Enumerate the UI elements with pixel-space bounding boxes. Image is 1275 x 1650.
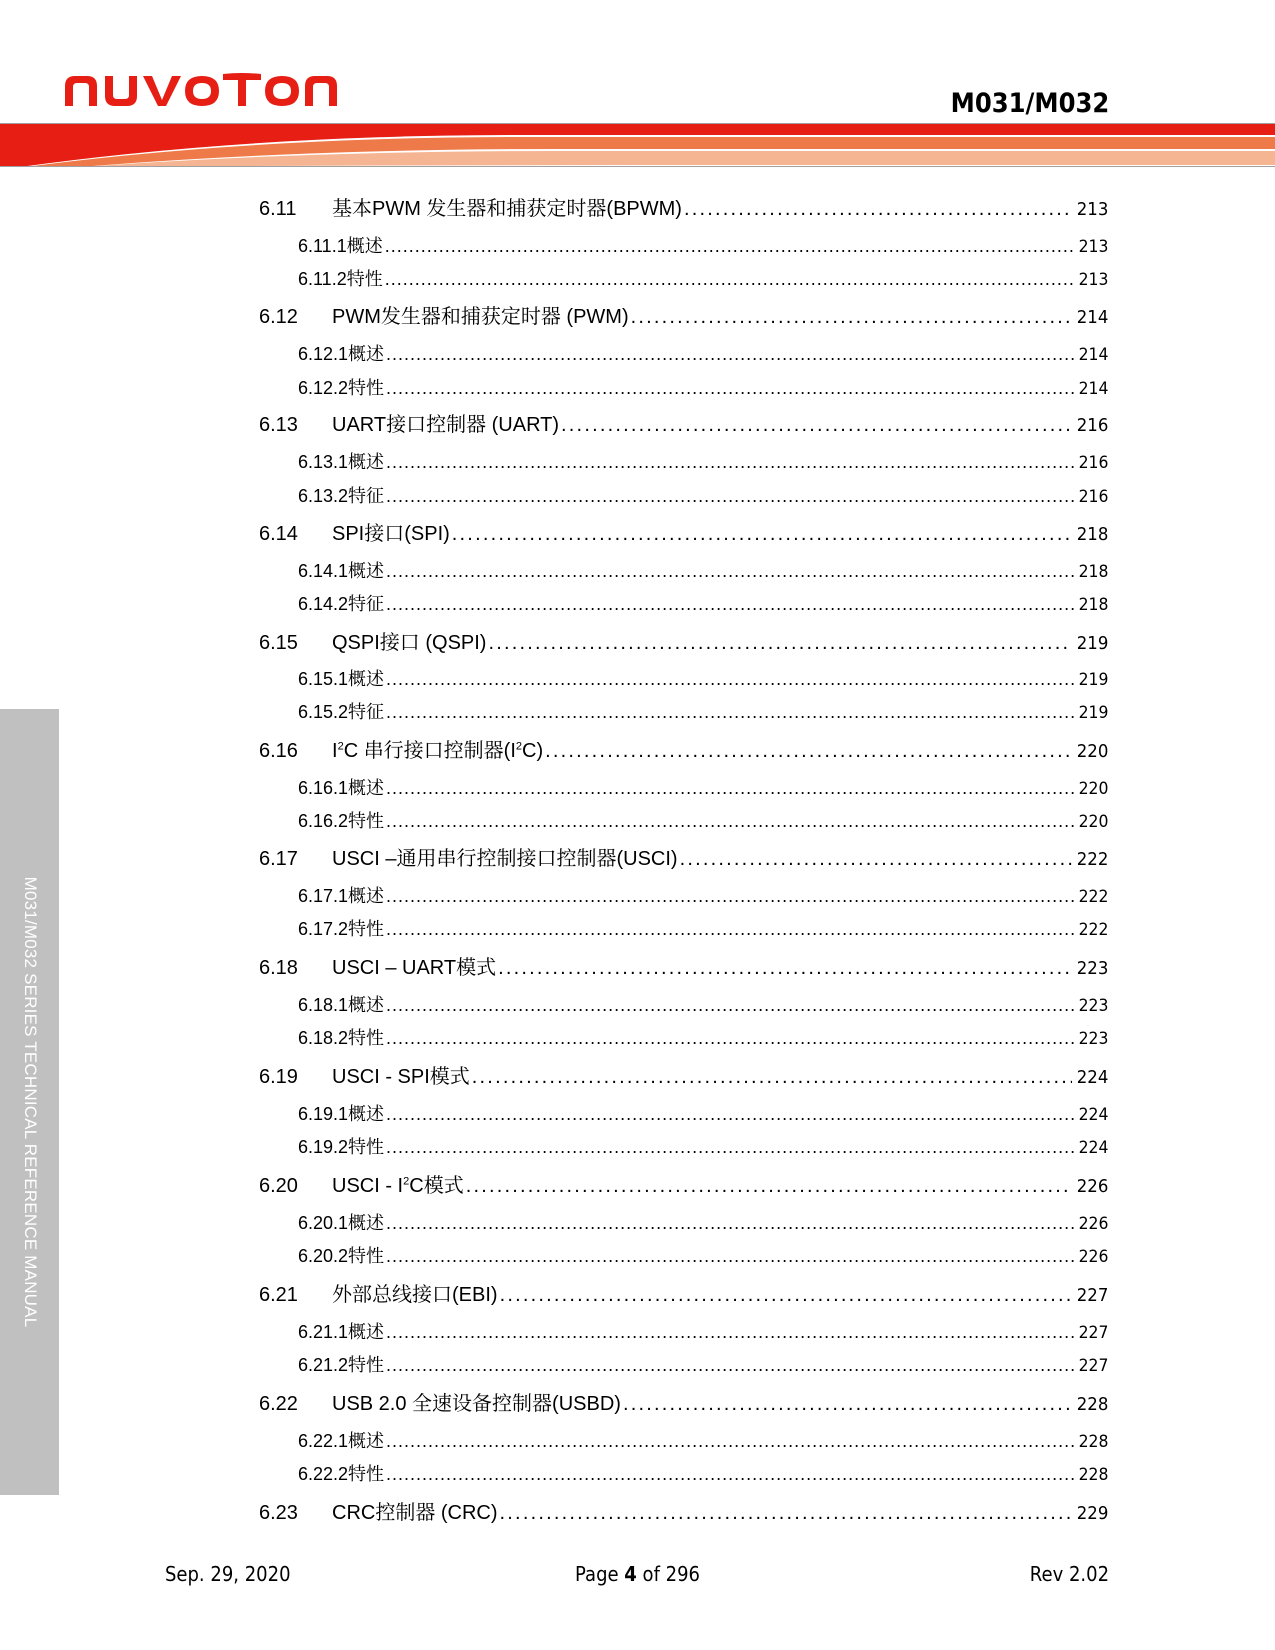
toc-section-number: 6.11 bbox=[259, 198, 332, 221]
toc-section-number: 6.14 bbox=[259, 523, 332, 546]
toc-entry[interactable]: 6.12.2特性214 bbox=[298, 374, 1108, 400]
toc-section-number: 6.14.2 bbox=[298, 594, 348, 615]
toc-page-number: 216 bbox=[1078, 487, 1108, 507]
toc-entry[interactable]: 6.13.2特征216 bbox=[298, 482, 1108, 508]
toc-section-number: 6.17.1 bbox=[298, 886, 348, 907]
title-fragment: C 串行接口控制器(I bbox=[344, 740, 516, 762]
toc-section-title: 概述 bbox=[348, 991, 384, 1017]
toc-section-number: 6.17.2 bbox=[298, 919, 348, 940]
toc-entry[interactable]: 6.22USB 2.0 全速设备控制器(USBD)228 bbox=[259, 1387, 1108, 1416]
toc-section-number: 6.17 bbox=[259, 848, 332, 871]
toc-section-number: 6.13.2 bbox=[298, 486, 348, 507]
toc-section-title: 概述 bbox=[348, 1209, 384, 1235]
toc-section-number: 6.20.2 bbox=[298, 1246, 348, 1267]
toc-page-number: 222 bbox=[1078, 887, 1108, 907]
toc-section-number: 6.15.1 bbox=[298, 669, 348, 690]
toc-section-title: 概述 bbox=[348, 448, 384, 474]
toc-page-number: 226 bbox=[1078, 1247, 1108, 1267]
toc-page-number: 227 bbox=[1076, 1285, 1108, 1306]
toc-entry[interactable]: 6.15.1概述219 bbox=[298, 665, 1108, 691]
toc-page-number: 229 bbox=[1076, 1503, 1108, 1524]
dot-leader bbox=[386, 1464, 1074, 1485]
toc-entry[interactable]: 6.18.2特性223 bbox=[298, 1024, 1108, 1050]
toc-page-number: 227 bbox=[1078, 1356, 1108, 1376]
toc-section-number: 6.19.2 bbox=[298, 1137, 348, 1158]
toc-page-number: 228 bbox=[1076, 1394, 1108, 1415]
dot-leader bbox=[386, 886, 1074, 907]
toc-page-number: 218 bbox=[1076, 524, 1108, 545]
toc-page-number: 218 bbox=[1078, 595, 1108, 615]
toc-entry[interactable]: 6.20.1概述226 bbox=[298, 1209, 1108, 1235]
toc-section-title: 特性 bbox=[348, 1351, 384, 1377]
dot-leader bbox=[500, 1502, 1072, 1525]
dot-leader bbox=[386, 1246, 1074, 1267]
toc-entry[interactable]: 6.17.1概述222 bbox=[298, 882, 1108, 908]
dot-leader bbox=[386, 344, 1074, 365]
dot-leader bbox=[545, 740, 1072, 763]
page-prefix: Page bbox=[575, 1562, 624, 1586]
toc-page-number: 219 bbox=[1078, 670, 1108, 690]
toc-section-number: 6.18.2 bbox=[298, 1028, 348, 1049]
toc-page-number: 223 bbox=[1078, 996, 1108, 1016]
dot-leader bbox=[386, 1137, 1074, 1158]
toc-section-title: 特性 bbox=[348, 1242, 384, 1268]
toc-section-number: 6.21 bbox=[259, 1284, 332, 1307]
toc-section-title: 特性 bbox=[347, 265, 383, 291]
toc-section-title: 概述 bbox=[348, 665, 384, 691]
toc-section-title: 特性 bbox=[348, 374, 384, 400]
toc-section-number: 6.16 bbox=[259, 740, 332, 763]
toc-entry[interactable]: 6.21外部总线接口(EBI)227 bbox=[259, 1278, 1108, 1307]
toc-section-title: QSPI接口 (QSPI) bbox=[332, 626, 486, 655]
toc-page-number: 224 bbox=[1078, 1138, 1108, 1158]
toc-section-number: 6.20 bbox=[259, 1175, 332, 1198]
toc-section-number: 6.18.1 bbox=[298, 995, 348, 1016]
toc-section-number: 6.22.1 bbox=[298, 1431, 348, 1452]
current-page: 4 bbox=[624, 1562, 637, 1586]
toc-entry[interactable]: 6.12.1概述214 bbox=[298, 340, 1108, 366]
toc-section-number: 6.16.2 bbox=[298, 811, 348, 832]
toc-page-number: 218 bbox=[1078, 562, 1108, 582]
side-tab-label: M031/M032 SERIES TECHNICAL REFERENCE MAN… bbox=[20, 877, 40, 1328]
dot-leader bbox=[386, 1431, 1074, 1452]
toc-page-number: 228 bbox=[1078, 1465, 1108, 1485]
toc-section-number: 6.21.1 bbox=[298, 1322, 348, 1343]
dot-leader bbox=[386, 594, 1074, 615]
dot-leader bbox=[500, 1284, 1072, 1307]
toc-section-number: 6.22 bbox=[259, 1393, 332, 1416]
toc-page-number: 226 bbox=[1076, 1176, 1108, 1197]
toc-entry[interactable]: 6.13.1概述216 bbox=[298, 448, 1108, 474]
dot-leader bbox=[386, 561, 1074, 582]
toc-section-number: 6.15 bbox=[259, 632, 332, 655]
toc-section-title: 概述 bbox=[348, 1318, 384, 1344]
toc-page-number: 226 bbox=[1078, 1214, 1108, 1234]
dot-leader bbox=[386, 811, 1074, 832]
toc-entry[interactable]: 6.11.1概述213 bbox=[298, 232, 1108, 258]
toc-page-number: 224 bbox=[1078, 1105, 1108, 1125]
dot-leader bbox=[452, 523, 1072, 546]
toc-entry[interactable]: 6.15QSPI接口 (QSPI)219 bbox=[259, 626, 1108, 655]
toc-page-number: 213 bbox=[1078, 237, 1108, 257]
dot-leader bbox=[386, 1355, 1074, 1376]
toc-section-title: 概述 bbox=[348, 557, 384, 583]
toc-section-number: 6.19 bbox=[259, 1066, 332, 1089]
toc-section-title: USCI - I2C模式 bbox=[332, 1169, 464, 1198]
toc-section-title: 特征 bbox=[348, 698, 384, 724]
dot-leader bbox=[498, 957, 1072, 980]
toc-section-title: 概述 bbox=[348, 1427, 384, 1453]
toc-page-number: 223 bbox=[1076, 958, 1108, 979]
title-fragment: C) bbox=[522, 740, 543, 762]
toc-section-title: 概述 bbox=[348, 1100, 384, 1126]
dot-leader bbox=[386, 778, 1074, 799]
dot-leader bbox=[386, 702, 1074, 723]
toc-entry[interactable]: 6.22.1概述228 bbox=[298, 1427, 1108, 1453]
toc-section-title: 概述 bbox=[348, 340, 384, 366]
toc-section-title: 概述 bbox=[348, 882, 384, 908]
toc-section-number: 6.21.2 bbox=[298, 1355, 348, 1376]
toc-entry[interactable]: 6.19.1概述224 bbox=[298, 1100, 1108, 1126]
toc-section-number: 6.11.1 bbox=[298, 236, 347, 257]
toc-page-number: 222 bbox=[1076, 849, 1108, 870]
toc-entry[interactable]: 6.20.2特性226 bbox=[298, 1242, 1108, 1268]
toc-section-number: 6.11.2 bbox=[298, 269, 347, 290]
dot-leader bbox=[386, 452, 1074, 473]
dot-leader bbox=[386, 995, 1074, 1016]
toc-section-title: 概述 bbox=[348, 774, 384, 800]
toc-section-number: 6.13.1 bbox=[298, 452, 348, 473]
toc-entry[interactable]: 6.16.2特性220 bbox=[298, 807, 1108, 833]
toc-page-number: 216 bbox=[1076, 415, 1108, 436]
toc-entry[interactable]: 6.11基本PWM 发生器和捕获定时器(BPWM)213 bbox=[259, 192, 1108, 221]
dot-leader bbox=[386, 1028, 1074, 1049]
dot-leader bbox=[386, 919, 1074, 940]
toc-page-number: 220 bbox=[1078, 779, 1108, 799]
toc-section-title: 特性 bbox=[348, 915, 384, 941]
toc-page-number: 219 bbox=[1078, 703, 1108, 723]
dot-leader bbox=[472, 1066, 1072, 1089]
toc-section-title: USCI - SPI模式 bbox=[332, 1060, 470, 1089]
toc-page-number: 223 bbox=[1078, 1029, 1108, 1049]
dot-leader bbox=[386, 378, 1074, 399]
toc-entry[interactable]: 6.16I2C 串行接口控制器(I2C)220 bbox=[259, 734, 1108, 763]
toc-entry[interactable]: 6.21.2特性227 bbox=[298, 1351, 1108, 1377]
toc-section-title: SPI接口(SPI) bbox=[332, 517, 450, 546]
toc-section-number: 6.23 bbox=[259, 1502, 332, 1525]
toc-page-number: 227 bbox=[1078, 1323, 1108, 1343]
dot-leader bbox=[684, 198, 1072, 221]
toc-page-number: 220 bbox=[1076, 741, 1108, 762]
toc-entry[interactable]: 6.21.1概述227 bbox=[298, 1318, 1108, 1344]
document-code: M031/M032 bbox=[950, 88, 1109, 119]
toc-section-number: 6.22.2 bbox=[298, 1464, 348, 1485]
toc-section-title: 基本PWM 发生器和捕获定时器(BPWM) bbox=[332, 192, 682, 221]
dot-leader bbox=[488, 632, 1071, 655]
toc-entry[interactable]: 6.15.2特征219 bbox=[298, 698, 1108, 724]
toc-section-number: 6.13 bbox=[259, 414, 332, 437]
side-tab: M031/M032 SERIES TECHNICAL REFERENCE MAN… bbox=[0, 709, 59, 1495]
toc-entry[interactable]: 6.18.1概述223 bbox=[298, 991, 1108, 1017]
toc-page-number: 214 bbox=[1076, 307, 1108, 328]
toc-page-number: 213 bbox=[1078, 270, 1108, 290]
dot-leader bbox=[623, 1393, 1072, 1416]
dot-leader bbox=[386, 1213, 1074, 1234]
toc-entry[interactable]: 6.12PWM发生器和捕获定时器 (PWM)214 bbox=[259, 300, 1108, 329]
toc-section-title: I2C 串行接口控制器(I2C) bbox=[332, 734, 543, 763]
toc-page-number: 228 bbox=[1078, 1432, 1108, 1452]
toc-section-title: 特性 bbox=[348, 1133, 384, 1159]
toc-section-number: 6.12.2 bbox=[298, 378, 348, 399]
toc-entry[interactable]: 6.14SPI接口(SPI)218 bbox=[259, 517, 1108, 546]
dot-leader bbox=[386, 486, 1074, 507]
footer-revision: Rev 2.02 bbox=[1030, 1562, 1109, 1586]
toc-page-number: 224 bbox=[1076, 1067, 1108, 1088]
toc-entry[interactable]: 6.16.1概述220 bbox=[298, 774, 1108, 800]
toc-section-number: 6.15.2 bbox=[298, 702, 348, 723]
toc-section-title: USB 2.0 全速设备控制器(USBD) bbox=[332, 1387, 621, 1416]
dot-leader bbox=[466, 1175, 1072, 1198]
toc-entry[interactable]: 6.20USCI - I2C模式226 bbox=[259, 1169, 1108, 1198]
toc-entry[interactable]: 6.14.2特征218 bbox=[298, 590, 1108, 616]
toc-section-number: 6.16.1 bbox=[298, 778, 348, 799]
toc-page-number: 220 bbox=[1078, 812, 1108, 832]
toc-entry[interactable]: 6.11.2特性213 bbox=[298, 265, 1108, 291]
toc-page-number: 214 bbox=[1078, 379, 1108, 399]
page-suffix: of 296 bbox=[637, 1562, 700, 1586]
toc-section-number: 6.19.1 bbox=[298, 1104, 348, 1125]
toc-section-number: 6.12 bbox=[259, 306, 332, 329]
toc-page-number: 214 bbox=[1078, 345, 1108, 365]
toc-section-title: USCI – UART模式 bbox=[332, 951, 496, 980]
toc-section-title: PWM发生器和捕获定时器 (PWM) bbox=[332, 300, 629, 329]
title-fragment: C模式 bbox=[409, 1175, 463, 1197]
dot-leader bbox=[386, 669, 1074, 690]
toc-section-number: 6.12.1 bbox=[298, 344, 348, 365]
dot-leader bbox=[631, 306, 1072, 329]
toc-section-title: 外部总线接口(EBI) bbox=[332, 1278, 498, 1307]
toc-section-title: UART接口控制器 (UART) bbox=[332, 408, 559, 437]
toc-section-title: 特性 bbox=[348, 1024, 384, 1050]
toc-entry[interactable]: 6.17.2特性222 bbox=[298, 915, 1108, 941]
toc-section-number: 6.14.1 bbox=[298, 561, 348, 582]
toc-section-title: 特性 bbox=[348, 1460, 384, 1486]
toc-entry[interactable]: 6.18USCI – UART模式223 bbox=[259, 951, 1108, 980]
dot-leader bbox=[385, 269, 1074, 290]
toc-entry[interactable]: 6.19USCI - SPI模式224 bbox=[259, 1060, 1108, 1089]
toc-section-title: 特征 bbox=[348, 590, 384, 616]
toc-section-title: CRC控制器 (CRC) bbox=[332, 1496, 498, 1525]
dot-leader bbox=[385, 236, 1074, 257]
toc-entry[interactable]: 6.13UART接口控制器 (UART)216 bbox=[259, 408, 1108, 437]
toc-page-number: 216 bbox=[1078, 453, 1108, 473]
toc-entry[interactable]: 6.22.2特性228 bbox=[298, 1460, 1108, 1486]
nuvoton-logo bbox=[65, 72, 360, 112]
toc-entry[interactable]: 6.17USCI –通用串行控制接口控制器(USCI)222 bbox=[259, 842, 1108, 871]
toc-page-number: 219 bbox=[1076, 633, 1108, 654]
dot-leader bbox=[386, 1104, 1074, 1125]
title-fragment: USCI - I bbox=[332, 1175, 403, 1197]
toc-section-title: USCI –通用串行控制接口控制器(USCI) bbox=[332, 842, 678, 871]
toc-entry[interactable]: 6.23CRC控制器 (CRC)229 bbox=[259, 1496, 1108, 1525]
toc-section-number: 6.20.1 bbox=[298, 1213, 348, 1234]
toc-section-title: 特性 bbox=[348, 807, 384, 833]
toc-entry[interactable]: 6.19.2特性224 bbox=[298, 1133, 1108, 1159]
toc-entry[interactable]: 6.14.1概述218 bbox=[298, 557, 1108, 583]
toc-page-number: 213 bbox=[1076, 199, 1108, 220]
dot-leader bbox=[561, 414, 1072, 437]
dot-leader bbox=[680, 848, 1072, 871]
header-banner bbox=[0, 123, 1275, 167]
toc-section-number: 6.18 bbox=[259, 957, 332, 980]
dot-leader bbox=[386, 1322, 1074, 1343]
toc-section-title: 概述 bbox=[347, 232, 383, 258]
toc-section-title: 特征 bbox=[348, 482, 384, 508]
toc-page-number: 222 bbox=[1078, 920, 1108, 940]
